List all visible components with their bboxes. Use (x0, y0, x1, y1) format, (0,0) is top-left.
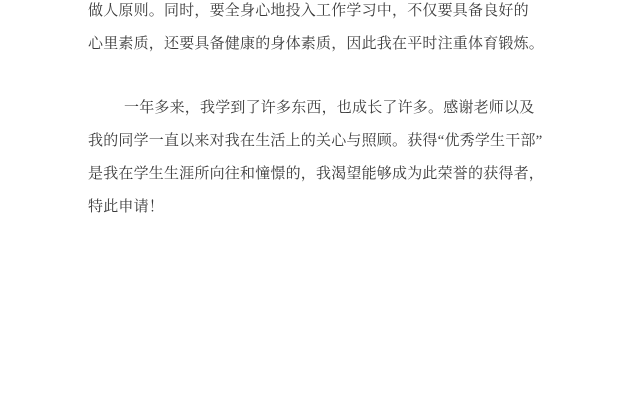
text-line: 我的同学一直以来对我在生活上的关心与照顾。获得“优秀学生干部” (88, 125, 564, 158)
text-line: 是我在学生生涯所向往和憧憬的，我渴望能够成为此荣誉的获得者， (88, 158, 564, 191)
text-line: 特此申请！ (88, 191, 564, 224)
document-page: 做人原则。同时，要全身心地投入工作学习中，不仅要具备良好的 心里素质，还要具备健… (0, 0, 640, 400)
paragraph-1: 做人原则。同时，要全身心地投入工作学习中，不仅要具备良好的 心里素质，还要具备健… (88, 0, 564, 61)
document-text-block: 做人原则。同时，要全身心地投入工作学习中，不仅要具备良好的 心里素质，还要具备健… (88, 0, 564, 224)
text-line: 心里素质，还要具备健康的身体素质，因此我在平时注重体育锻炼。 (88, 28, 564, 61)
paragraph-2: 一年多来，我学到了许多东西，也成长了许多。感谢老师以及 我的同学一直以来对我在生… (88, 92, 564, 224)
text-line: 做人原则。同时，要全身心地投入工作学习中，不仅要具备良好的 (88, 0, 564, 28)
text-line: 一年多来，我学到了许多东西，也成长了许多。感谢老师以及 (88, 92, 564, 125)
